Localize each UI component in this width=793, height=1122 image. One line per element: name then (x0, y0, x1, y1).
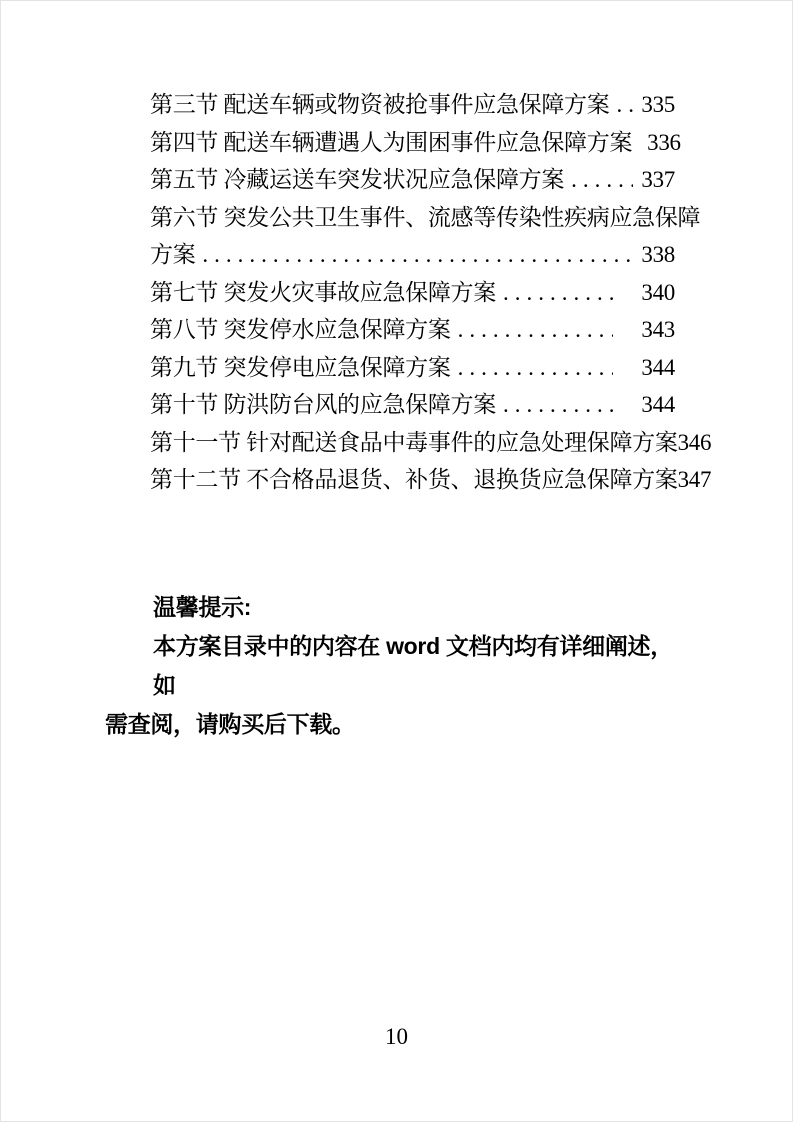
toc-page-number: 340 (641, 274, 675, 312)
toc-dot-leader (616, 86, 633, 124)
toc-dot-leader (458, 349, 614, 387)
toc-entry-label: 第十节 防洪防台风的应急保障方案 (150, 386, 496, 424)
toc-dot-leader (202, 236, 633, 274)
toc-entry: 第十一节 针对配送食品中毒事件的应急处理保障方案 346 (105, 424, 675, 462)
toc-entry: 第十节 防洪防台风的应急保障方案 344 (105, 386, 675, 424)
notice-title: 温馨提示: (105, 587, 680, 627)
toc-entry: 第七节 突发火灾事故应急保障方案 340 (105, 274, 675, 312)
toc-dot-leader (571, 161, 633, 199)
toc-entry: 第三节 配送车辆或物资被抢事件应急保障方案 335 (105, 86, 675, 124)
toc-entry-label: 第四节 配送车辆遭遇人为围困事件应急保障方案 (150, 124, 632, 162)
toc-entry-label: 第六节 突发公共卫生事件、流感等传染性疾病应急保障 (150, 199, 700, 237)
toc-page-number: 343 (641, 311, 675, 349)
toc-entry: 第八节 突发停水应急保障方案 343 (105, 311, 675, 349)
notice-block: 温馨提示: 本方案目录中的内容在 word 文档内均有详细阐述，如 需查阅，请购… (105, 587, 680, 744)
notice-line-2: 需查阅，请购买后下载。 (105, 705, 680, 744)
toc-dot-leader (458, 311, 614, 349)
toc-entry: 第五节 冷藏运送车突发状况应急保障方案 337 (105, 161, 675, 199)
toc-page-number: 335 (641, 86, 675, 124)
toc-page-number: 337 (641, 161, 675, 199)
toc-page-number: 336 (647, 124, 681, 162)
toc-page-number: 344 (641, 386, 675, 424)
toc-entry: 第六节 突发公共卫生事件、流感等传染性疾病应急保障 (105, 199, 675, 237)
toc-entry-label: 第三节 配送车辆或物资被抢事件应急保障方案 (150, 86, 609, 124)
toc-dot-leader (503, 386, 613, 424)
toc-page-number: 344 (641, 349, 675, 387)
toc-entry-label: 第七节 突发火灾事故应急保障方案 (150, 274, 496, 312)
toc-entry: 第十二节 不合格品退货、补货、退换货应急保障方案 347 (105, 461, 675, 499)
toc-entry: 方案 338 (105, 236, 675, 274)
page-number: 10 (0, 1022, 793, 1052)
table-of-contents: 第三节 配送车辆或物资被抢事件应急保障方案 335 第四节 配送车辆遭遇人为围困… (105, 86, 675, 499)
toc-page-number: 346 (678, 424, 712, 462)
notice-line-1: 本方案目录中的内容在 word 文档内均有详细阐述，如 (105, 627, 680, 705)
toc-page-number: 338 (641, 236, 675, 274)
toc-entry-label: 方案 (150, 236, 195, 274)
toc-entry-label: 第八节 突发停水应急保障方案 (150, 311, 451, 349)
toc-entry-label: 第十二节 不合格品退货、补货、退换货应急保障方案 (150, 461, 678, 499)
toc-entry-label: 第十一节 针对配送食品中毒事件的应急处理保障方案 (150, 424, 678, 462)
toc-entry: 第九节 突发停电应急保障方案 344 (105, 349, 675, 387)
toc-dot-leader (503, 274, 613, 312)
toc-page-number: 347 (678, 461, 712, 499)
toc-entry: 第四节 配送车辆遭遇人为围困事件应急保障方案 336 (105, 124, 675, 162)
document-page: 第三节 配送车辆或物资被抢事件应急保障方案 335 第四节 配送车辆遭遇人为围困… (0, 0, 793, 1122)
toc-entry-label: 第九节 突发停电应急保障方案 (150, 349, 451, 387)
toc-entry-label: 第五节 冷藏运送车突发状况应急保障方案 (150, 161, 564, 199)
